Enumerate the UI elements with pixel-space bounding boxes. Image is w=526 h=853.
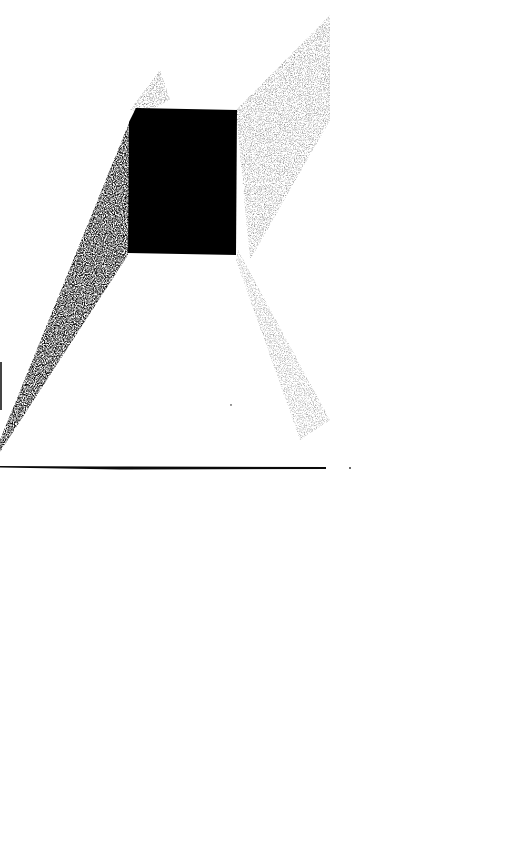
dust-speck [349, 467, 351, 469]
dust-speck [230, 404, 231, 405]
edge-sliver [0, 362, 2, 410]
black-rectangle [128, 108, 237, 255]
abstract-artwork [0, 0, 526, 853]
